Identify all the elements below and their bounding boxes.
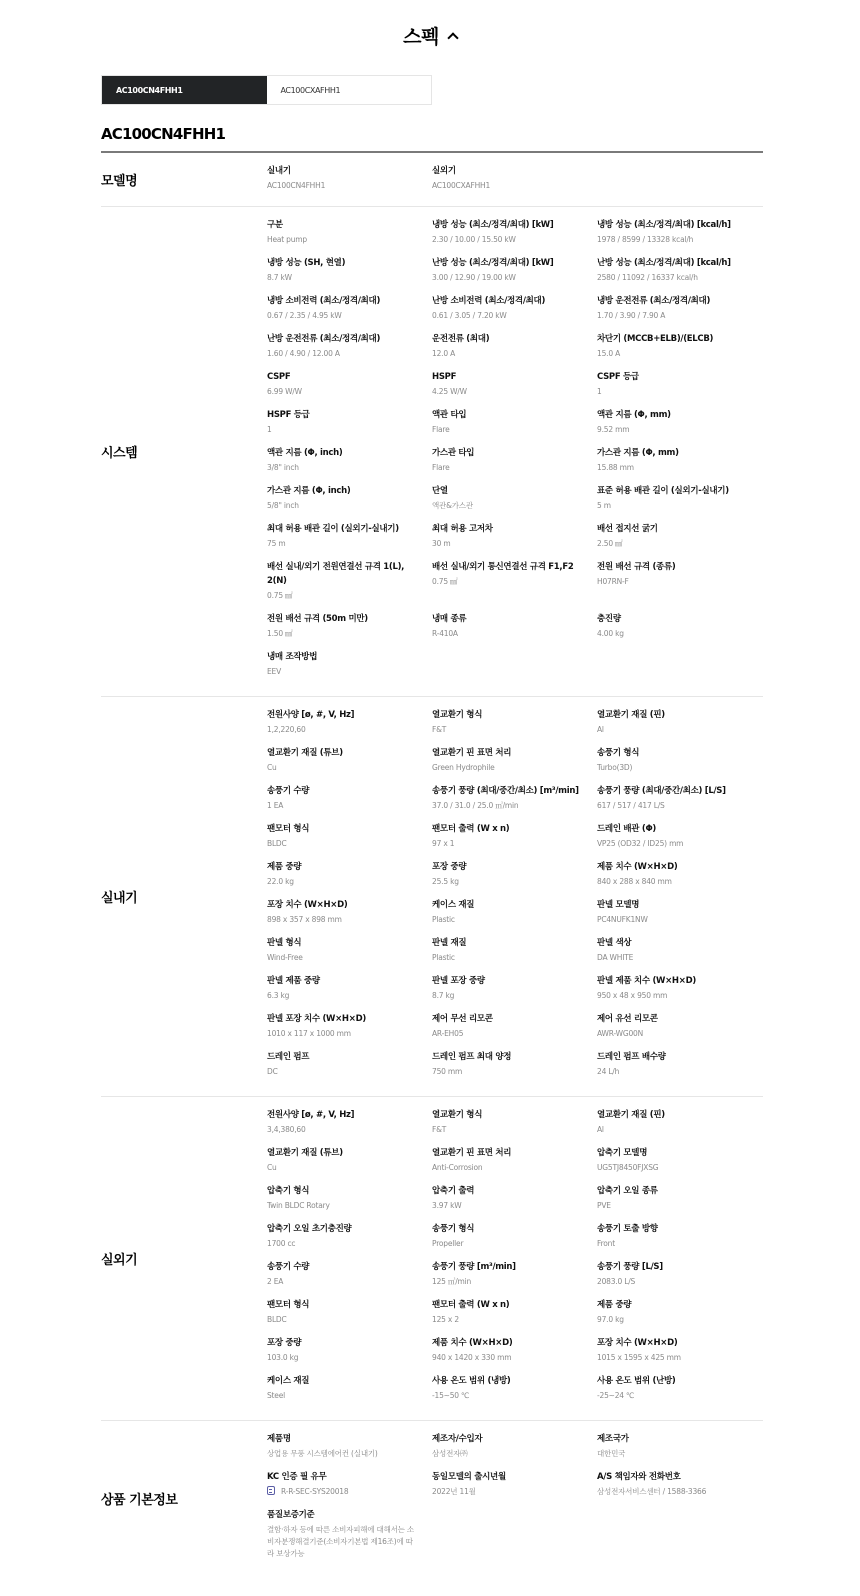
spec-header: 스펙 — [0, 0, 860, 75]
spec-value: BLDC — [267, 1312, 424, 1328]
spec-grid: 구분Heat pump냉방 성능 (최소/정격/최대) [kW]2.30 / 1… — [267, 207, 763, 696]
spec-item: 실외기AC100CXAFHH1 — [432, 164, 597, 202]
spec-label: 판넬 포장 치수 (W×H×D) — [267, 1012, 424, 1026]
spec-item: 압축기 모델명UG5TJ8450FJXSG — [597, 1146, 762, 1184]
spec-title: 스펙 — [403, 22, 439, 49]
spec-item: CSPF 등급1 — [597, 370, 762, 408]
spec-label: HSPF — [432, 370, 589, 384]
spec-value: 3.97 kW — [432, 1198, 589, 1214]
spec-label: 압축기 오일 종류 — [597, 1184, 754, 1198]
spec-label: 가스관 지름 (Φ, mm) — [597, 446, 754, 460]
spec-label: 포장 중량 — [267, 1336, 424, 1350]
spec-value: Flare — [432, 422, 589, 438]
spec-value: 2.30 / 10.00 / 15.50 kW — [432, 232, 589, 248]
spec-value: 898 x 357 x 898 mm — [267, 912, 424, 928]
spec-value: 125 x 2 — [432, 1312, 589, 1328]
model-tabs: AC100CN4FHH1 AC100CXAFHH1 — [101, 75, 432, 105]
spec-item: 품질보증기준결함·하자 등에 따른 소비자피해에 대해서는 소비자분쟁해결기준(… — [267, 1508, 432, 1568]
spec-item: 배선 실내/외기 통신연결선 규격 F1,F20.75 ㎟ — [432, 560, 597, 612]
spec-label: KC 인증 필 유무 — [267, 1470, 424, 1484]
spec-label: 판넬 색상 — [597, 936, 754, 950]
spec-item: 송풍기 토출 방향Front — [597, 1222, 762, 1260]
spec-value: F&T — [432, 722, 589, 738]
spec-value: 4.00 kg — [597, 626, 754, 642]
spec-label: 구분 — [267, 218, 424, 232]
spec-value: Heat pump — [267, 232, 424, 248]
spec-label: 냉매 조작방법 — [267, 650, 424, 664]
spec-item: 판넬 포장 중량8.7 kg — [432, 974, 597, 1012]
spec-value: 0.75 ㎟ — [267, 588, 424, 604]
spec-item: 실내기AC100CN4FHH1 — [267, 164, 432, 202]
spec-value: 37.0 / 31.0 / 25.0 ㎥/min — [432, 798, 589, 814]
spec-value: DA WHITE — [597, 950, 754, 966]
spec-value: 1.70 / 3.90 / 7.90 A — [597, 308, 754, 324]
spec-item: 팬모터 형식BLDC — [267, 1298, 432, 1336]
spec-label: 냉방 소비전력 (최소/정격/최대) — [267, 294, 424, 308]
spec-label: 판넬 모델명 — [597, 898, 754, 912]
spec-value: 액관&가스관 — [432, 498, 589, 514]
spec-label: 팬모터 형식 — [267, 822, 424, 836]
spec-item: 전원사양 [ø, #, V, Hz]1,2,220,60 — [267, 708, 432, 746]
spec-label: 팬모터 형식 — [267, 1298, 424, 1312]
spec-value: Green Hydrophile — [432, 760, 589, 776]
spec-label: 송풍기 풍량 [m³/min] — [432, 1260, 589, 1274]
spec-item: 제조국가대한민국 — [597, 1432, 762, 1470]
tab-indoor-model[interactable]: AC100CN4FHH1 — [102, 76, 267, 104]
spec-label: 드레인 펌프 — [267, 1050, 424, 1064]
spec-sections: 모델명실내기AC100CN4FHH1실외기AC100CXAFHH1시스템구분He… — [0, 153, 860, 1576]
spec-value: Steel — [267, 1388, 424, 1404]
spec-item: 팬모터 형식BLDC — [267, 822, 432, 860]
spec-label: 팬모터 출력 (W x n) — [432, 822, 589, 836]
spec-value: 22.0 kg — [267, 874, 424, 890]
spec-value: Front — [597, 1236, 754, 1252]
spec-value: 12.0 A — [432, 346, 589, 362]
spec-item: 제품 치수 (W×H×D)840 x 288 x 840 mm — [597, 860, 762, 898]
spec-label: 최대 허용 배관 길이 (실외기-실내기) — [267, 522, 424, 536]
spec-item: HSPF4.25 W/W — [432, 370, 597, 408]
spec-item: 압축기 출력3.97 kW — [432, 1184, 597, 1222]
spec-item: 난방 성능 (최소/정격/최대) [kcal/h]2580 / 11092 / … — [597, 256, 762, 294]
spec-value: 24 L/h — [597, 1064, 754, 1080]
spec-grid: 전원사양 [ø, #, V, Hz]1,2,220,60열교환기 형식F&T열교… — [267, 697, 763, 1096]
spec-item: 가스관 지름 (Φ, mm)15.88 mm — [597, 446, 762, 484]
spec-label: 제품 치수 (W×H×D) — [597, 860, 754, 874]
spec-value: 상업용 무풍 시스템에어컨 (실내기) — [267, 1446, 424, 1462]
spec-item: 드레인 펌프 배수량24 L/h — [597, 1050, 762, 1088]
spec-value: 0.61 / 3.05 / 7.20 kW — [432, 308, 589, 324]
spec-item: 액관 지름 (Φ, mm)9.52 mm — [597, 408, 762, 446]
spec-value: 5 m — [597, 498, 754, 514]
spec-label: 송풍기 형식 — [432, 1222, 589, 1236]
spec-value: 3.00 / 12.90 / 19.00 kW — [432, 270, 589, 286]
spec-value: 2.50 ㎟ — [597, 536, 754, 552]
section-system: 시스템구분Heat pump냉방 성능 (최소/정격/최대) [kW]2.30 … — [101, 207, 763, 697]
spec-label: 배선 실내/외기 전원연결선 규격 1(L), 2(N) — [267, 560, 424, 588]
spec-value: 950 x 48 x 950 mm — [597, 988, 754, 1004]
spec-value: 30 m — [432, 536, 589, 552]
spec-label: 전원 배선 규격 (종류) — [597, 560, 754, 574]
spec-label: 전원사양 [ø, #, V, Hz] — [267, 708, 424, 722]
spec-label: 판넬 제품 치수 (W×H×D) — [597, 974, 754, 988]
spec-item: 압축기 형식Twin BLDC Rotary — [267, 1184, 432, 1222]
spec-value: 3,4,380,60 — [267, 1122, 424, 1138]
spec-value: 삼성전자㈜ — [432, 1446, 589, 1462]
spec-value: Turbo(3D) — [597, 760, 754, 776]
spec-item: KC 인증 필 유무R-R-SEC-SYS20018 — [267, 1470, 432, 1508]
spec-value: 1.50 ㎟ — [267, 626, 424, 642]
spec-item: 사용 온도 범위 (난방)-25~24 ℃ — [597, 1374, 762, 1412]
spec-value: 1700 cc — [267, 1236, 424, 1252]
spec-item: 판넬 형식Wind-Free — [267, 936, 432, 974]
spec-label: 압축기 오일 초기충진량 — [267, 1222, 424, 1236]
spec-item: 사용 온도 범위 (냉방)-15~50 ℃ — [432, 1374, 597, 1412]
spec-label: 최대 허용 고저차 — [432, 522, 589, 536]
spec-label: A/S 책임자와 전화번호 — [597, 1470, 754, 1484]
spec-value: AR-EH05 — [432, 1026, 589, 1042]
spec-item: 판넬 모델명PC4NUFK1NW — [597, 898, 762, 936]
spec-item: 전원 배선 규격 (50m 미만)1.50 ㎟ — [267, 612, 432, 650]
spec-label: 단열 — [432, 484, 589, 498]
spec-item: 케이스 재질Steel — [267, 1374, 432, 1412]
spec-value: 75 m — [267, 536, 424, 552]
spec-label: 품질보증기준 — [267, 1508, 424, 1522]
spec-label: 제품 치수 (W×H×D) — [432, 1336, 589, 1350]
spec-label: HSPF 등급 — [267, 408, 424, 422]
spec-label: 표준 허용 배관 길이 (실외기-실내기) — [597, 484, 754, 498]
spec-item: 냉방 성능 (최소/정격/최대) [kcal/h]1978 / 8599 / 1… — [597, 218, 762, 256]
spec-label: 열교환기 재질 (핀) — [597, 708, 754, 722]
spec-value: Plastic — [432, 950, 589, 966]
spec-item: 열교환기 재질 (튜브)Cu — [267, 1146, 432, 1184]
model-heading: AC100CN4FHH1 — [101, 125, 860, 147]
spec-item: 압축기 오일 초기충진량1700 cc — [267, 1222, 432, 1260]
spec-item: 판넬 제품 중량6.3 kg — [267, 974, 432, 1012]
spec-label: 케이스 재질 — [432, 898, 589, 912]
spec-label: 충진량 — [597, 612, 754, 626]
section-title: 실내기 — [101, 697, 267, 1096]
spec-label: 액관 지름 (Φ, mm) — [597, 408, 754, 422]
spec-item: 열교환기 형식F&T — [432, 1108, 597, 1146]
spec-label: 제조자/수입자 — [432, 1432, 589, 1446]
section-basic-info: 상품 기본정보제품명상업용 무풍 시스템에어컨 (실내기)제조자/수입자삼성전자… — [101, 1421, 763, 1576]
spec-value: 삼성전자서비스센터 / 1588-3366 — [597, 1484, 754, 1500]
section-title: 시스템 — [101, 207, 267, 696]
spec-value: Propeller — [432, 1236, 589, 1252]
spec-item: 제품 치수 (W×H×D)940 x 1420 x 330 mm — [432, 1336, 597, 1374]
spec-value: H07RN-F — [597, 574, 754, 590]
spec-value: 6.99 W/W — [267, 384, 424, 400]
spec-value: 4.25 W/W — [432, 384, 589, 400]
spec-value: 840 x 288 x 840 mm — [597, 874, 754, 890]
spec-item: 송풍기 풍량 (최대/중간/최소) [L/S]617 / 517 / 417 L… — [597, 784, 762, 822]
spec-item: 충진량4.00 kg — [597, 612, 762, 650]
spec-item: 송풍기 풍량 (최대/중간/최소) [m³/min]37.0 / 31.0 / … — [432, 784, 597, 822]
spec-label: 송풍기 토출 방향 — [597, 1222, 754, 1236]
spec-item: 차단기 (MCCB+ELB)/(ELCB)15.0 A — [597, 332, 762, 370]
spec-grid: 실내기AC100CN4FHH1실외기AC100CXAFHH1 — [267, 153, 763, 206]
spec-label: 드레인 배관 (Φ) — [597, 822, 754, 836]
spec-item: 송풍기 형식Propeller — [432, 1222, 597, 1260]
spec-label: 열교환기 형식 — [432, 708, 589, 722]
spec-label: 운전전류 (최대) — [432, 332, 589, 346]
spec-value: R-R-SEC-SYS20018 — [267, 1484, 424, 1500]
spec-value: 5/8" inch — [267, 498, 424, 514]
spec-item: 난방 성능 (최소/정격/최대) [kW]3.00 / 12.90 / 19.0… — [432, 256, 597, 294]
spec-label: 드레인 펌프 최대 양정 — [432, 1050, 589, 1064]
spec-item: 제어 무선 리모콘AR-EH05 — [432, 1012, 597, 1050]
spec-item: 판넬 색상DA WHITE — [597, 936, 762, 974]
kc-certification-icon — [267, 1486, 275, 1495]
spec-value: 15.88 mm — [597, 460, 754, 476]
spec-item: 제어 유선 리모콘AWR-WG00N — [597, 1012, 762, 1050]
spec-value: AC100CN4FHH1 — [267, 178, 424, 194]
spec-label: 난방 성능 (최소/정격/최대) [kcal/h] — [597, 256, 754, 270]
spec-item: 압축기 오일 종류PVE — [597, 1184, 762, 1222]
spec-label: 열교환기 재질 (튜브) — [267, 1146, 424, 1160]
spec-label: 동일모델의 출시년월 — [432, 1470, 589, 1484]
spec-item: 배선 접지선 굵기2.50 ㎟ — [597, 522, 762, 560]
spec-value: 103.0 kg — [267, 1350, 424, 1366]
section-title: 상품 기본정보 — [101, 1421, 267, 1576]
spec-value: F&T — [432, 1122, 589, 1138]
spec-value: 8.7 kg — [432, 988, 589, 1004]
spec-label: 가스관 지름 (Φ, inch) — [267, 484, 424, 498]
spec-label: 가스관 타입 — [432, 446, 589, 460]
spec-grid: 전원사양 [ø, #, V, Hz]3,4,380,60열교환기 형식F&T열교… — [267, 1097, 763, 1420]
spec-value: 대한민국 — [597, 1446, 754, 1462]
spec-label: 열교환기 핀 표면 처리 — [432, 746, 589, 760]
spec-value: Twin BLDC Rotary — [267, 1198, 424, 1214]
spec-item: 판넬 제품 치수 (W×H×D)950 x 48 x 950 mm — [597, 974, 762, 1012]
spec-value: 0.67 / 2.35 / 4.95 kW — [267, 308, 424, 324]
spec-label: 압축기 모델명 — [597, 1146, 754, 1160]
spec-label: 난방 소비전력 (최소/정격/최대) — [432, 294, 589, 308]
spec-item: 최대 허용 고저차30 m — [432, 522, 597, 560]
spec-value: -25~24 ℃ — [597, 1388, 754, 1404]
spec-label: 판넬 포장 중량 — [432, 974, 589, 988]
spec-label: 난방 운전전류 (최소/정격/최대) — [267, 332, 424, 346]
spec-label: 포장 치수 (W×H×D) — [267, 898, 424, 912]
spec-value: DC — [267, 1064, 424, 1080]
spec-item: 가스관 타입Flare — [432, 446, 597, 484]
spec-page: 스펙 AC100CN4FHH1 AC100CXAFHH1 AC100CN4FHH… — [0, 0, 860, 1596]
spec-label: 판넬 형식 — [267, 936, 424, 950]
spec-value: 결함·하자 등에 따른 소비자피해에 대해서는 소비자분쟁해결기준(소비자기본법… — [267, 1524, 417, 1560]
spec-item: 액관 지름 (Φ, inch)3/8" inch — [267, 446, 432, 484]
spec-item: 동일모델의 출시년월2022년 11월 — [432, 1470, 597, 1508]
spec-label: 사용 온도 범위 (난방) — [597, 1374, 754, 1388]
spec-label: 열교환기 형식 — [432, 1108, 589, 1122]
spec-item: 팬모터 출력 (W x n)125 x 2 — [432, 1298, 597, 1336]
spec-label: 드레인 펌프 배수량 — [597, 1050, 754, 1064]
spec-label: 제어 유선 리모콘 — [597, 1012, 754, 1026]
section-title: 모델명 — [101, 153, 267, 206]
spec-label: 송풍기 풍량 [L/S] — [597, 1260, 754, 1274]
spec-label: 배선 접지선 굵기 — [597, 522, 754, 536]
spec-item: 구분Heat pump — [267, 218, 432, 256]
spec-label: 난방 성능 (최소/정격/최대) [kW] — [432, 256, 589, 270]
spec-label: 열교환기 재질 (튜브) — [267, 746, 424, 760]
spec-item: 포장 치수 (W×H×D)898 x 357 x 898 mm — [267, 898, 432, 936]
spec-item: 송풍기 수량2 EA — [267, 1260, 432, 1298]
spec-value: 617 / 517 / 417 L/S — [597, 798, 754, 814]
spec-item: 제품명상업용 무풍 시스템에어컨 (실내기) — [267, 1432, 432, 1470]
spec-item: 팬모터 출력 (W x n)97 x 1 — [432, 822, 597, 860]
spec-value: Cu — [267, 1160, 424, 1176]
spec-label: 제품 중량 — [597, 1298, 754, 1312]
spec-label: 제품명 — [267, 1432, 424, 1446]
spec-value: R-410A — [432, 626, 589, 642]
spec-label: 제어 무선 리모콘 — [432, 1012, 589, 1026]
spec-label: 팬모터 출력 (W x n) — [432, 1298, 589, 1312]
spec-item: 냉방 성능 (최소/정격/최대) [kW]2.30 / 10.00 / 15.5… — [432, 218, 597, 256]
spec-item: 난방 소비전력 (최소/정격/최대)0.61 / 3.05 / 7.20 kW — [432, 294, 597, 332]
spec-value: Cu — [267, 760, 424, 776]
spec-value: 1 EA — [267, 798, 424, 814]
spec-value: Anti-Corrosion — [432, 1160, 589, 1176]
spec-item: 냉방 성능 (SH, 현열)8.7 kW — [267, 256, 432, 294]
spec-item: 판넬 재질Plastic — [432, 936, 597, 974]
spec-item: 전원사양 [ø, #, V, Hz]3,4,380,60 — [267, 1108, 432, 1146]
spec-value: Flare — [432, 460, 589, 476]
spec-label: 송풍기 풍량 (최대/중간/최소) [m³/min] — [432, 784, 589, 798]
spec-label: 냉방 성능 (최소/정격/최대) [kcal/h] — [597, 218, 754, 232]
spec-value: 25.5 kg — [432, 874, 589, 890]
spec-value: UG5TJ8450FJXSG — [597, 1160, 754, 1176]
spec-item: 액관 타입Flare — [432, 408, 597, 446]
spec-item: 제품 중량22.0 kg — [267, 860, 432, 898]
spec-label: 액관 지름 (Φ, inch) — [267, 446, 424, 460]
spec-value: 1 — [597, 384, 754, 400]
spec-value: PC4NUFK1NW — [597, 912, 754, 928]
spec-grid: 제품명상업용 무풍 시스템에어컨 (실내기)제조자/수입자삼성전자㈜제조국가대한… — [267, 1421, 763, 1576]
spec-item: 포장 치수 (W×H×D)1015 x 1595 x 425 mm — [597, 1336, 762, 1374]
spec-item: 전원 배선 규격 (종류)H07RN-F — [597, 560, 762, 612]
spec-value: 97.0 kg — [597, 1312, 754, 1328]
spec-label: 포장 치수 (W×H×D) — [597, 1336, 754, 1350]
spec-item: 열교환기 핀 표면 처리Green Hydrophile — [432, 746, 597, 784]
spec-label: 사용 온도 범위 (냉방) — [432, 1374, 589, 1388]
spec-label: 액관 타입 — [432, 408, 589, 422]
spec-label: 압축기 형식 — [267, 1184, 424, 1198]
spec-item: 열교환기 재질 (핀)Al — [597, 1108, 762, 1146]
spec-value: Al — [597, 722, 754, 738]
spec-value: 8.7 kW — [267, 270, 424, 286]
spec-label: 전원 배선 규격 (50m 미만) — [267, 612, 424, 626]
spec-label: 실내기 — [267, 164, 424, 178]
spec-value: VP25 (OD32 / ID25) mm — [597, 836, 754, 852]
spec-value: 97 x 1 — [432, 836, 589, 852]
spec-label: 차단기 (MCCB+ELB)/(ELCB) — [597, 332, 754, 346]
spec-toggle-button[interactable]: 스펙 — [403, 22, 457, 49]
spec-item: CSPF6.99 W/W — [267, 370, 432, 408]
spec-value: AC100CXAFHH1 — [432, 178, 589, 194]
spec-item: 제조자/수입자삼성전자㈜ — [432, 1432, 597, 1470]
spec-value: EEV — [267, 664, 424, 680]
spec-value: BLDC — [267, 836, 424, 852]
spec-label: 포장 중량 — [432, 860, 589, 874]
spec-value: 750 mm — [432, 1064, 589, 1080]
spec-item: 냉매 종류R-410A — [432, 612, 597, 650]
spec-label: 전원사양 [ø, #, V, Hz] — [267, 1108, 424, 1122]
tab-outdoor-model[interactable]: AC100CXAFHH1 — [267, 76, 432, 104]
spec-item: A/S 책임자와 전화번호삼성전자서비스센터 / 1588-3366 — [597, 1470, 762, 1508]
spec-item: 드레인 배관 (Φ)VP25 (OD32 / ID25) mm — [597, 822, 762, 860]
spec-label: 판넬 제품 중량 — [267, 974, 424, 988]
spec-item: 포장 중량103.0 kg — [267, 1336, 432, 1374]
spec-label: 송풍기 풍량 (최대/중간/최소) [L/S] — [597, 784, 754, 798]
spec-item: 냉방 소비전력 (최소/정격/최대)0.67 / 2.35 / 4.95 kW — [267, 294, 432, 332]
spec-value: -15~50 ℃ — [432, 1388, 589, 1404]
spec-item: 송풍기 형식Turbo(3D) — [597, 746, 762, 784]
spec-label: 냉매 종류 — [432, 612, 589, 626]
spec-item: 열교환기 형식F&T — [432, 708, 597, 746]
spec-label: 송풍기 수량 — [267, 784, 424, 798]
section-indoor-unit: 실내기전원사양 [ø, #, V, Hz]1,2,220,60열교환기 형식F&… — [101, 697, 763, 1097]
spec-item: 가스관 지름 (Φ, inch)5/8" inch — [267, 484, 432, 522]
spec-value: AWR-WG00N — [597, 1026, 754, 1042]
spec-value: Al — [597, 1122, 754, 1138]
spec-value: Wind-Free — [267, 950, 424, 966]
spec-value: 3/8" inch — [267, 460, 424, 476]
spec-item: 표준 허용 배관 길이 (실외기-실내기)5 m — [597, 484, 762, 522]
spec-value: 6.3 kg — [267, 988, 424, 1004]
spec-value: 2 EA — [267, 1274, 424, 1290]
spec-value: Plastic — [432, 912, 589, 928]
spec-item: 냉매 조작방법EEV — [267, 650, 432, 688]
spec-label: 열교환기 재질 (핀) — [597, 1108, 754, 1122]
spec-item: 단열액관&가스관 — [432, 484, 597, 522]
spec-value-text: R-R-SEC-SYS20018 — [281, 1487, 348, 1496]
spec-value: 2580 / 11092 / 16337 kcal/h — [597, 270, 754, 286]
spec-label: CSPF — [267, 370, 424, 384]
spec-label: 제품 중량 — [267, 860, 424, 874]
spec-item: 드레인 펌프 최대 양정750 mm — [432, 1050, 597, 1088]
spec-value: 2083.0 L/S — [597, 1274, 754, 1290]
spec-value: 15.0 A — [597, 346, 754, 362]
spec-label: 케이스 재질 — [267, 1374, 424, 1388]
section-outdoor-unit: 실외기전원사양 [ø, #, V, Hz]3,4,380,60열교환기 형식F&… — [101, 1097, 763, 1421]
spec-item: 운전전류 (최대)12.0 A — [432, 332, 597, 370]
spec-label: 냉방 성능 (SH, 현열) — [267, 256, 424, 270]
spec-item: 열교환기 핀 표면 처리Anti-Corrosion — [432, 1146, 597, 1184]
spec-label: 실외기 — [432, 164, 589, 178]
spec-label: 냉방 운전전류 (최소/정격/최대) — [597, 294, 754, 308]
spec-value: 1,2,220,60 — [267, 722, 424, 738]
spec-item: 냉방 운전전류 (최소/정격/최대)1.70 / 3.90 / 7.90 A — [597, 294, 762, 332]
spec-label: 송풍기 수량 — [267, 1260, 424, 1274]
spec-item: 송풍기 풍량 [m³/min]125 ㎥/min — [432, 1260, 597, 1298]
spec-item: 케이스 재질Plastic — [432, 898, 597, 936]
spec-item: 송풍기 풍량 [L/S]2083.0 L/S — [597, 1260, 762, 1298]
spec-item: 열교환기 재질 (핀)Al — [597, 708, 762, 746]
spec-label: 열교환기 핀 표면 처리 — [432, 1146, 589, 1160]
spec-value: 1010 x 117 x 1000 mm — [267, 1026, 424, 1042]
spec-value: 1978 / 8599 / 13328 kcal/h — [597, 232, 754, 248]
spec-label: 판넬 재질 — [432, 936, 589, 950]
spec-label: 냉방 성능 (최소/정격/최대) [kW] — [432, 218, 589, 232]
spec-item: 제품 중량97.0 kg — [597, 1298, 762, 1336]
spec-item: 배선 실내/외기 전원연결선 규격 1(L), 2(N)0.75 ㎟ — [267, 560, 432, 612]
spec-item: 포장 중량25.5 kg — [432, 860, 597, 898]
spec-label: CSPF 등급 — [597, 370, 754, 384]
chevron-up-icon — [447, 32, 458, 43]
spec-value: 125 ㎥/min — [432, 1274, 589, 1290]
spec-value: 940 x 1420 x 330 mm — [432, 1350, 589, 1366]
spec-value: 9.52 mm — [597, 422, 754, 438]
spec-item: HSPF 등급1 — [267, 408, 432, 446]
